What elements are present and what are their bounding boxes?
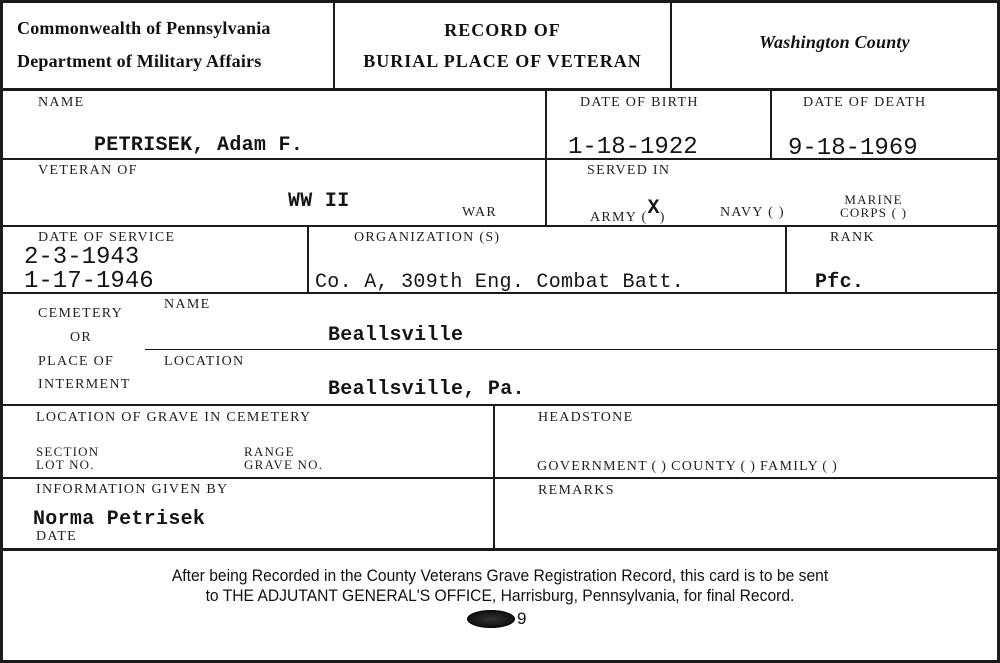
army-close-paren: )	[660, 210, 666, 225]
footer-line-2: to THE ADJUTANT GENERAL'S OFFICE, Harris…	[40, 586, 960, 606]
lot-no-label: LOT NO.	[36, 458, 99, 471]
rule-after-cemetery	[0, 404, 1000, 406]
cemetery-name-value: Beallsville	[328, 324, 463, 347]
divider-war-served	[545, 160, 547, 226]
informant-name: Norma Petrisek	[33, 508, 205, 531]
location-label: LOCATION	[164, 354, 244, 370]
footer-line-1: After being Recorded in the County Veter…	[40, 566, 960, 586]
cemetery-name-label: NAME	[164, 297, 210, 313]
divider-dob-dod	[770, 90, 772, 160]
headstone-label: HEADSTONE	[538, 410, 633, 426]
information-given-by-label: INFORMATION GIVEN BY	[36, 482, 228, 498]
form-title-line-1: RECORD OF	[335, 20, 670, 41]
section-lot-field: SECTION LOT NO.	[36, 445, 99, 471]
cemetery-label: CEMETERY	[38, 306, 123, 322]
rank-value: Pfc.	[815, 271, 864, 294]
navy-option[interactable]: NAVY ( )	[720, 205, 785, 221]
name-label: NAME	[38, 95, 84, 111]
served-in-label: SERVED IN	[587, 163, 670, 179]
union-seal-icon	[467, 610, 515, 628]
agency-line-2: Department of Military Affairs	[17, 51, 261, 72]
rule-before-footer	[0, 548, 1000, 551]
range-grave-field: RANGE GRAVE NO.	[244, 445, 323, 471]
rank-label: RANK	[830, 230, 875, 246]
rule-after-name	[0, 158, 1000, 160]
location-of-grave-label: LOCATION OF GRAVE IN CEMETERY	[36, 410, 311, 426]
header-bottom-rule	[0, 88, 1000, 91]
interment-label: INTERMENT	[38, 377, 131, 393]
or-label: OR	[70, 330, 92, 346]
union-label-mark: 9	[467, 608, 526, 629]
burial-record-card: Commonwealth of Pennsylvania Department …	[0, 0, 1000, 663]
war-value: WW II	[288, 190, 350, 213]
date-of-birth-value: 1-18-1922	[568, 134, 698, 161]
divider-service-org	[307, 227, 309, 293]
date-label: DATE	[36, 529, 77, 545]
divider-name-dob	[545, 90, 547, 160]
form-number: 9	[517, 609, 526, 628]
divider-org-rank	[785, 227, 787, 293]
service-start-date: 2-3-1943	[24, 244, 139, 271]
headstone-options[interactable]: GOVERNMENT ( ) COUNTY ( ) FAMILY ( )	[537, 459, 838, 475]
marine-corps-option[interactable]: MARINE CORPS ( )	[840, 193, 907, 219]
organization-value: Co. A, 309th Eng. Combat Batt.	[315, 271, 684, 294]
organization-label: ORGANIZATION (S)	[354, 230, 500, 246]
veteran-name: PETRISEK, Adam F.	[94, 134, 303, 157]
army-label: ARMY (	[590, 210, 647, 225]
form-title-line-2: BURIAL PLACE OF VETERAN	[335, 51, 670, 72]
rule-after-grave	[0, 477, 1000, 479]
army-checkmark: X	[647, 197, 659, 220]
date-of-death-label: DATE OF DEATH	[803, 95, 926, 111]
header-divider-1	[333, 0, 335, 88]
corps-label: CORPS ( )	[840, 206, 907, 219]
remarks-label: REMARKS	[538, 483, 615, 499]
rule-after-service	[0, 292, 1000, 294]
cemetery-location-value: Beallsville, Pa.	[328, 378, 525, 401]
agency-line-1: Commonwealth of Pennsylvania	[17, 18, 271, 39]
border-top	[0, 0, 1000, 3]
war-label: WAR	[462, 205, 497, 221]
place-of-label: PLACE OF	[38, 354, 114, 370]
veteran-of-label: VETERAN OF	[38, 163, 138, 179]
rule-cemetery-name	[145, 349, 1000, 350]
rule-after-war	[0, 225, 1000, 227]
grave-no-label: GRAVE NO.	[244, 458, 323, 471]
county-name: Washington County	[672, 32, 997, 53]
border-left	[0, 0, 3, 663]
service-end-date: 1-17-1946	[24, 268, 154, 295]
footer-instructions: After being Recorded in the County Veter…	[40, 566, 960, 606]
date-of-birth-label: DATE OF BIRTH	[580, 95, 699, 111]
